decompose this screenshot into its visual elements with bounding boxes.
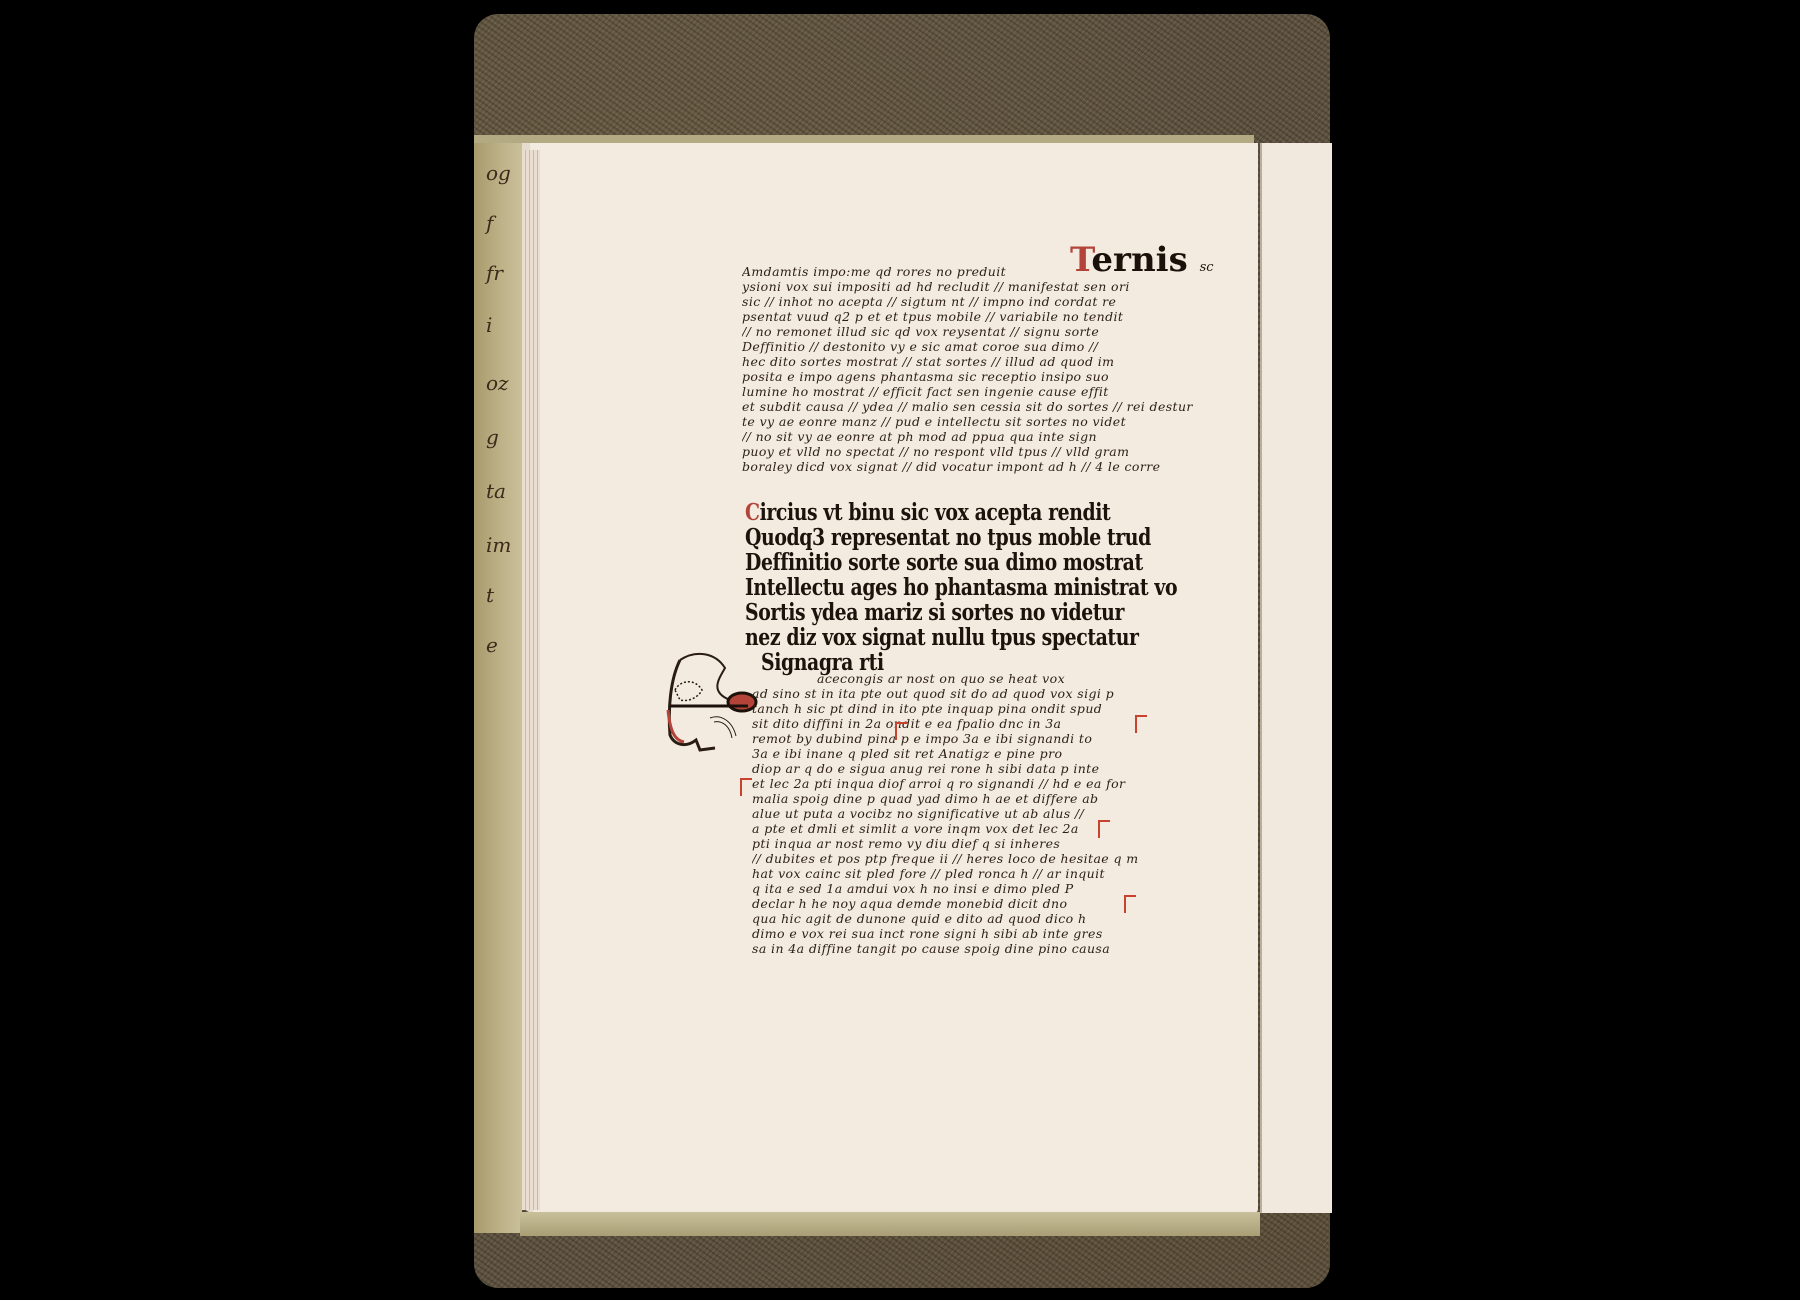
red-paragraph-mark xyxy=(895,722,907,740)
text-line: puoy et vlld no spectat // no respont vl… xyxy=(742,445,1129,459)
strip-mark: i xyxy=(486,313,492,337)
text-line: pti inqua ar nost remo vy diu dief q si … xyxy=(752,837,1060,851)
previous-leaf-strip: og f fr i oz g ta im t e xyxy=(474,143,522,1233)
top-gloss-block: Amdamtis impo:me qd rores no preduit ysi… xyxy=(742,265,1207,477)
decorated-initial-face-icon xyxy=(640,640,758,760)
text-line: ysioni vox sui impositi ad hd recludit /… xyxy=(742,280,1130,294)
text-line: sic // inhot no acepta // sigtum nt // i… xyxy=(742,295,1116,309)
strip-mark: ta xyxy=(486,479,506,503)
strip-mark: im xyxy=(486,533,511,557)
verse-block: Circius vt binu sic vox acepta rendit Qu… xyxy=(745,500,1215,680)
text-line: tanch h sic pt dind in ito pte inquap pi… xyxy=(752,702,1102,716)
text-line: // no sit vy ae eonre at ph mod ad ppua … xyxy=(742,430,1097,444)
verse-line: Circius vt binu sic vox acepta rendit xyxy=(745,500,1110,526)
text-line: Amdamtis impo:me qd rores no preduit xyxy=(742,265,1072,279)
text-line: 3a e ibi inane q pled sit ret Anatigz e … xyxy=(752,747,1062,761)
verse-line: Deffinitio sorte sorte sua dimo mostrat xyxy=(745,550,1143,576)
text-line: a pte et dmli et simlit a vore inqm vox … xyxy=(752,822,1079,836)
text-line: hat vox cainc sit pled fore // pled ronc… xyxy=(752,867,1105,881)
text-line: // no remonet illud sic qd vox reysentat… xyxy=(742,325,1099,339)
red-paragraph-mark xyxy=(740,778,752,796)
verse-line: Intellectu ages ho phantasma ministrat v… xyxy=(745,575,1177,601)
text-line: declar h he noy aqua demde monebid dicit… xyxy=(752,897,1067,911)
text-line: lumine ho mostrat // efficit fact sen in… xyxy=(742,385,1109,399)
verse-line: Sortis ydea mariz si sortes no videtur xyxy=(745,600,1124,626)
right-binding-flap xyxy=(1260,143,1332,1213)
verse-line: Quodq3 representat no tpus moble trud xyxy=(745,525,1151,551)
text-line: malia spoig dine p quad yad dimo h ae et… xyxy=(752,792,1098,806)
text-line: posita e impo agens phantasma sic recept… xyxy=(742,370,1109,384)
strip-mark: t xyxy=(486,583,494,607)
text-line: et subdit causa // ydea // malio sen ces… xyxy=(742,400,1193,414)
text-line: // dubites et pos ptp freque ii // heres… xyxy=(752,852,1139,866)
text-line: boraley dicd vox signat // did vocatur i… xyxy=(742,460,1160,474)
text-line: alue ut puta a vocibz no significative u… xyxy=(752,807,1084,821)
strip-mark: oz xyxy=(486,371,509,395)
red-paragraph-mark xyxy=(1098,820,1110,838)
binding-bottom-edge xyxy=(520,1212,1260,1236)
strip-mark: g xyxy=(486,425,499,449)
strip-mark: f xyxy=(486,211,493,235)
text-line: et lec 2a pti inqua diof arroi q ro sign… xyxy=(752,777,1125,791)
stacked-page-edges xyxy=(522,150,540,1210)
text-line: q ita e sed 1a amdui vox h no insi e dim… xyxy=(752,882,1074,896)
text-line: Deffinitio // destonito vy e sic amat co… xyxy=(742,340,1098,354)
text-line: psentat vuud q2 p et et tpus mobile // v… xyxy=(742,310,1123,324)
red-paragraph-mark xyxy=(1124,895,1136,913)
text-line: sa in 4a diffine tangit po cause spoig d… xyxy=(752,942,1110,956)
text-line: diop ar q do e sigua anug rei rone h sib… xyxy=(752,762,1099,776)
text-line: hec dito sortes mostrat // stat sortes /… xyxy=(742,355,1114,369)
text-line: dimo e vox rei sua inct rone signi h sib… xyxy=(752,927,1103,941)
strip-mark: fr xyxy=(486,261,503,285)
text-line: acecongis ar nost on quo se heat vox xyxy=(817,672,1065,686)
red-paragraph-mark xyxy=(1135,715,1147,733)
text-line: ad sino st in ita pte out quod sit do ad… xyxy=(752,687,1114,701)
text-line: te vy ae eonre manz // pud e intellectu … xyxy=(742,415,1126,429)
verse-line: nez diz vox signat nullu tpus spectatur xyxy=(745,625,1139,651)
text-line: qua hic agit de dunone quid e dito ad qu… xyxy=(752,912,1086,926)
red-initial-C: C xyxy=(745,500,760,526)
strip-mark: og xyxy=(486,161,511,185)
text-line: remot by dubind pina p e impo 3a e ibi s… xyxy=(752,732,1092,746)
strip-mark: e xyxy=(486,633,498,657)
